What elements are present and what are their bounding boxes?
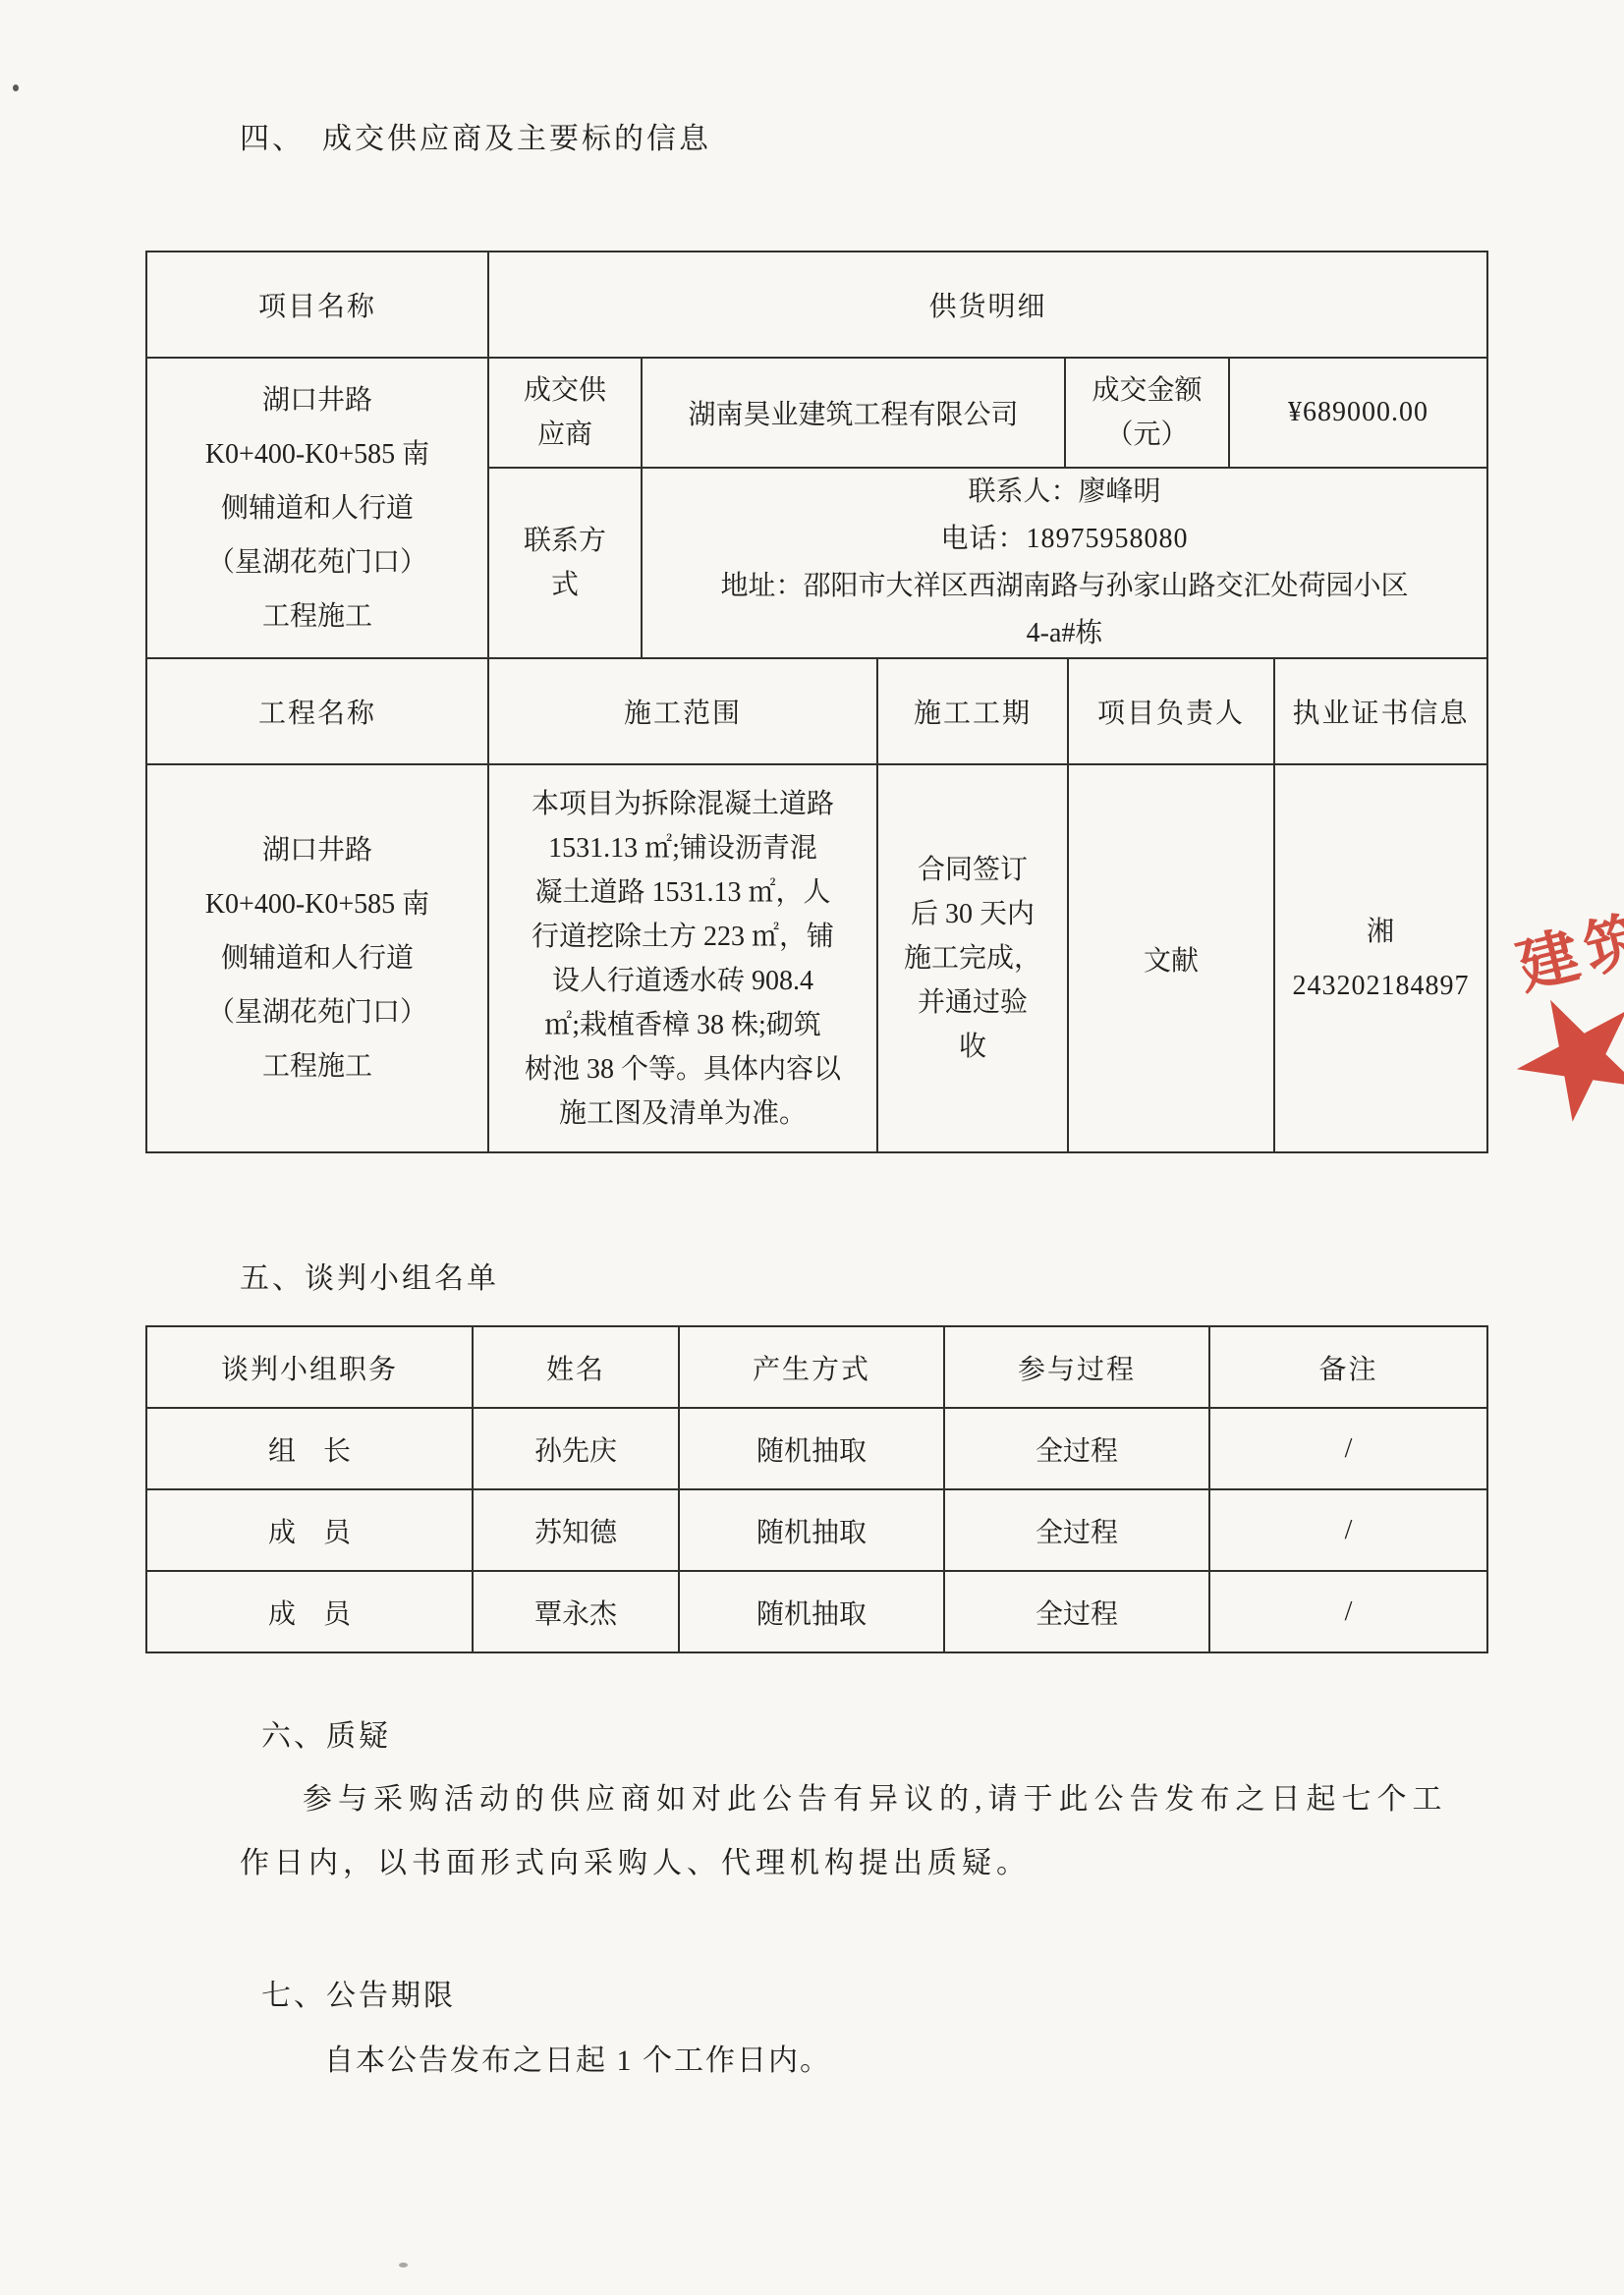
award-table-bottom: 工程名称 施工范围 施工工期 项目负责人 执业证书信息 湖口井路 K0+400-… bbox=[145, 657, 1488, 1153]
table-row: 组 长 孙先庆 随机抽取 全过程 / bbox=[146, 1408, 1487, 1489]
red-seal-fragment: 建筑 公司 bbox=[1508, 882, 1624, 1221]
panel-role-cell: 组 长 bbox=[146, 1408, 473, 1489]
panel-role-cell: 成 员 bbox=[146, 1489, 473, 1571]
duration-header-cell: 施工工期 bbox=[877, 658, 1068, 764]
section4-title: 四、 成交供应商及主要标的信息 bbox=[240, 114, 711, 157]
supplier-label-cell: 成交供 应商 bbox=[488, 358, 642, 468]
panel-name-cell: 孙先庆 bbox=[473, 1408, 679, 1489]
panel-method-cell: 随机抽取 bbox=[679, 1489, 944, 1571]
panel-process-header: 参与过程 bbox=[944, 1326, 1209, 1408]
panel-note-header: 备注 bbox=[1209, 1326, 1487, 1408]
contact-label-cell: 联系方 式 bbox=[488, 468, 642, 658]
panel-name-cell: 苏知德 bbox=[473, 1489, 679, 1571]
project-name-header-cell: 项目名称 bbox=[146, 252, 488, 358]
scope-cell: 本项目为拆除混凝土道路 1531.13 ㎡;铺设沥青混 凝土道路 1531.13… bbox=[488, 764, 877, 1152]
panel-method-header: 产生方式 bbox=[679, 1326, 944, 1408]
table-row: 项目名称 供货明细 bbox=[146, 252, 1487, 358]
table-row: 工程名称 施工范围 施工工期 项目负责人 执业证书信息 bbox=[146, 658, 1487, 764]
works-name-cell: 湖口井路 K0+400-K0+585 南 侧辅道和人行道 （星湖花苑门口） 工程… bbox=[146, 764, 488, 1152]
supply-detail-header-cell: 供货明细 bbox=[488, 252, 1487, 358]
works-name-header-cell: 工程名称 bbox=[146, 658, 488, 764]
award-table-top: 项目名称 供货明细 湖口井路 K0+400-K0+585 南 侧辅道和人行道 （… bbox=[145, 251, 1488, 659]
section5-title: 五、谈判小组名单 bbox=[240, 1254, 499, 1297]
contact-address: 地址：邵阳市大祥区西湖南路与孙家山路交汇处荷园小区 4-a#栋 bbox=[643, 563, 1486, 657]
duration-cell: 合同签订 后 30 天内 施工完成， 并通过验 收 bbox=[877, 764, 1068, 1152]
table-header-row: 谈判小组职务 姓名 产生方式 参与过程 备注 bbox=[146, 1326, 1487, 1408]
manager-cell: 文献 bbox=[1068, 764, 1274, 1152]
section6-paragraph-line1: 参与采购活动的供应商如对此公告有异议的,请于此公告发布之日起七个工 bbox=[303, 1774, 1448, 1818]
seal-text-bottom: 公司 bbox=[1508, 1111, 1624, 1221]
panel-method-cell: 随机抽取 bbox=[679, 1571, 944, 1652]
panel-table: 谈判小组职务 姓名 产生方式 参与过程 备注 组 长 孙先庆 随机抽取 全过程 … bbox=[145, 1325, 1488, 1653]
section7-title: 七、公告期限 bbox=[261, 1971, 456, 2014]
project-name-cell: 湖口井路 K0+400-K0+585 南 侧辅道和人行道 （星湖花苑门口） 工程… bbox=[146, 358, 488, 658]
contact-phone: 电话：18975958080 bbox=[643, 516, 1486, 563]
section6-title: 六、质疑 bbox=[261, 1711, 391, 1755]
cert-header-cell: 执业证书信息 bbox=[1274, 658, 1487, 764]
table-row: 湖口井路 K0+400-K0+585 南 侧辅道和人行道 （星湖花苑门口） 工程… bbox=[146, 764, 1487, 1152]
scope-header-cell: 施工范围 bbox=[488, 658, 877, 764]
section7-paragraph-line1: 自本公告发布之日起 1 个工作日内。 bbox=[324, 2036, 831, 2079]
panel-method-cell: 随机抽取 bbox=[679, 1408, 944, 1489]
panel-role-cell: 成 员 bbox=[146, 1571, 473, 1652]
award-table: 项目名称 供货明细 湖口井路 K0+400-K0+585 南 侧辅道和人行道 （… bbox=[145, 251, 1488, 1153]
panel-note-cell: / bbox=[1209, 1489, 1487, 1571]
panel-note-cell: / bbox=[1209, 1408, 1487, 1489]
supplier-name-cell: 湖南昊业建筑工程有限公司 bbox=[642, 358, 1065, 468]
seal-star-icon bbox=[1508, 970, 1624, 1146]
amount-value-cell: ¥689000.00 bbox=[1229, 358, 1487, 468]
amount-label-cell: 成交金额 （元） bbox=[1065, 358, 1229, 468]
manager-header-cell: 项目负责人 bbox=[1068, 658, 1274, 764]
panel-process-cell: 全过程 bbox=[944, 1571, 1209, 1652]
table-row: 成 员 苏知德 随机抽取 全过程 / bbox=[146, 1489, 1487, 1571]
seal-text-top: 建筑 bbox=[1508, 882, 1624, 1006]
panel-name-cell: 覃永杰 bbox=[473, 1571, 679, 1652]
contact-person: 联系人：廖峰明 bbox=[643, 469, 1486, 516]
panel-table-grid: 谈判小组职务 姓名 产生方式 参与过程 备注 组 长 孙先庆 随机抽取 全过程 … bbox=[145, 1325, 1488, 1653]
contact-info-cell: 联系人：廖峰明 电话：18975958080 地址：邵阳市大祥区西湖南路与孙家山… bbox=[642, 468, 1487, 658]
cert-cell: 湘 243202184897 bbox=[1274, 764, 1487, 1152]
panel-role-header: 谈判小组职务 bbox=[146, 1326, 473, 1408]
panel-note-cell: / bbox=[1209, 1571, 1487, 1652]
scan-speck bbox=[399, 2263, 408, 2267]
panel-name-header: 姓名 bbox=[473, 1326, 679, 1408]
table-row: 湖口井路 K0+400-K0+585 南 侧辅道和人行道 （星湖花苑门口） 工程… bbox=[146, 358, 1487, 468]
document-page: 四、 成交供应商及主要标的信息 项目名称 供货明细 湖口井路 K0+400-K0… bbox=[0, 0, 1624, 2295]
panel-process-cell: 全过程 bbox=[944, 1408, 1209, 1489]
panel-process-cell: 全过程 bbox=[944, 1489, 1209, 1571]
scan-speck bbox=[13, 84, 19, 91]
section6-paragraph-line2: 作日内，以书面形式向采购人、代理机构提出质疑。 bbox=[240, 1838, 1031, 1881]
table-row: 成 员 覃永杰 随机抽取 全过程 / bbox=[146, 1571, 1487, 1652]
